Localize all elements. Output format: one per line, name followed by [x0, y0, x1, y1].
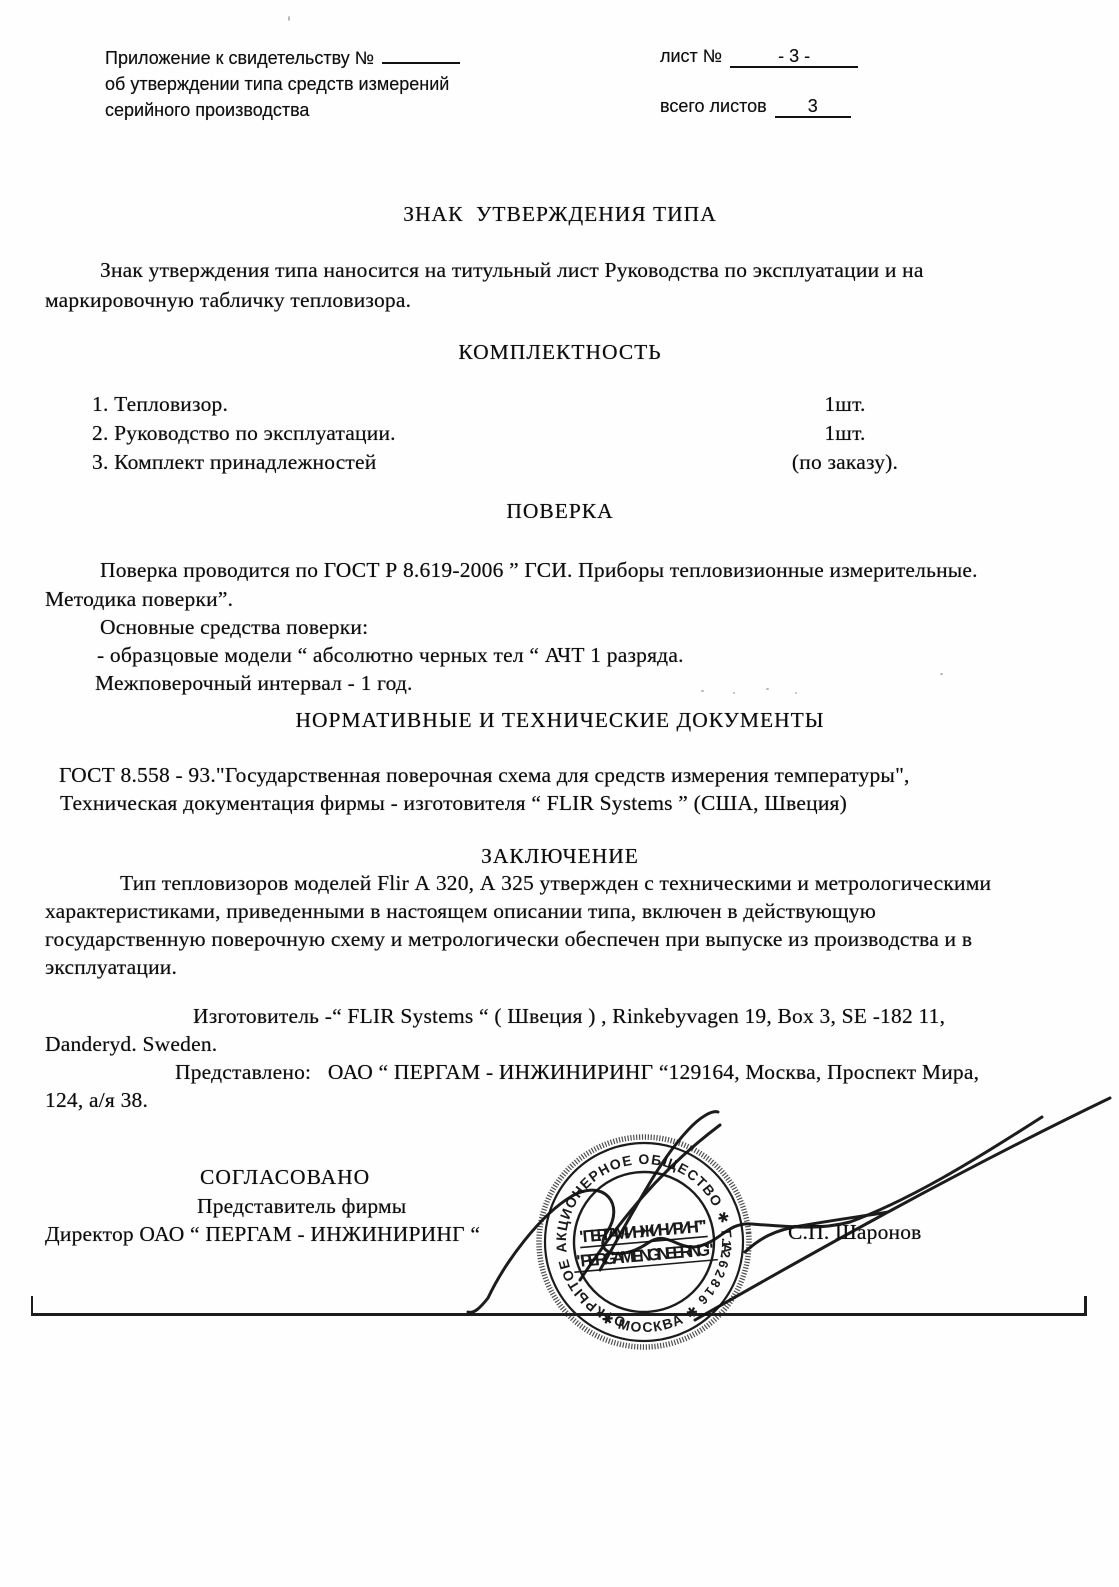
scan-speck	[733, 692, 735, 694]
sheet-number-row: лист №- 3 -	[660, 46, 858, 68]
paragraph-line: Тип тепловизоров моделей Flir А 320, А 3…	[45, 869, 1075, 897]
director-label: Директор ОАО “ ПЕРГАМ - ИНЖИНИРИНГ “	[45, 1220, 585, 1248]
paragraph-line: Знак утверждения типа наносится на титул…	[45, 256, 1075, 286]
section-title-completeness: КОМПЛЕКТНОСТЬ	[45, 338, 1075, 366]
scan-speck	[795, 692, 797, 694]
sheet-number-blank: - 3 -	[730, 46, 858, 68]
representative-label: Представитель фирмы	[45, 1192, 585, 1220]
section-title-documents: НОРМАТИВНЫЕ И ТЕХНИЧЕСКИЕ ДОКУМЕНТЫ	[45, 706, 1075, 734]
documents-paragraph: ГОСТ 8.558 - 93."Государственная повероч…	[45, 761, 1075, 817]
paragraph-line: Основные средства поверки:	[45, 613, 1075, 641]
approval-block: СОГЛАСОВАНО Представитель фирмы Директор…	[45, 1163, 585, 1248]
completeness-list: 1. Тепловизор. 1шт. 2. Руководство по эк…	[45, 392, 1075, 479]
paragraph-line: Техническая документация фирмы - изготов…	[45, 789, 1075, 817]
paragraph-line: Danderyd. Sweden.	[45, 1030, 1075, 1058]
paragraph-line: Представлено: ОАО “ ПЕРГАМ - ИНЖИНИРИНГ …	[45, 1058, 1075, 1086]
paragraph-line: Изготовитель -“ FLIR Systems “ ( Швеция …	[45, 1002, 1075, 1030]
list-item-qty: (по заказу).	[790, 450, 900, 475]
stamp-center-line-2: "PERGAM-ENGINEERING"	[576, 1240, 715, 1271]
document-page: Приложение к свидетельству № об утвержде…	[0, 0, 1119, 1587]
list-item: 3. Комплект принадлежностей (по заказу).	[45, 450, 1075, 479]
manufacturer-paragraph: Изготовитель -“ FLIR Systems “ ( Швеция …	[45, 1002, 1075, 1114]
paragraph-line: характеристиками, приведенными в настоящ…	[45, 897, 1075, 925]
stamp-center-line-1: "ПЕРГАМ-ИНЖИНИРИНГ"	[579, 1216, 708, 1246]
scan-speck	[766, 688, 769, 690]
scan-speck	[701, 690, 704, 692]
list-item: 1. Тепловизор. 1шт.	[45, 392, 1075, 421]
verification-paragraph: Поверка проводится по ГОСТ Р 8.619-2006 …	[45, 556, 1075, 697]
agreed-label: СОГЛАСОВАНО	[45, 1163, 585, 1192]
section-title-type-mark: ЗНАК УТВЕРЖДЕНИЯ ТИПА	[45, 200, 1075, 228]
paragraph-line: - образцовые модели “ абсолютно черных т…	[45, 641, 1075, 669]
list-item-name: 3. Комплект принадлежностей	[45, 450, 376, 474]
list-item: 2. Руководство по эксплуатации. 1шт.	[45, 421, 1075, 450]
paragraph-line: государственную поверочную схему и метро…	[45, 925, 1075, 953]
list-item-name: 2. Руководство по эксплуатации.	[45, 421, 396, 445]
type-mark-paragraph: Знак утверждения типа наносится на титул…	[45, 256, 1075, 314]
sheet-number-value: - 3 -	[778, 46, 810, 66]
paragraph-line: Поверка проводится по ГОСТ Р 8.619-2006 …	[45, 556, 1075, 585]
section-title-conclusion: ЗАКЛЮЧЕНИЕ	[45, 842, 1075, 870]
scan-speck	[940, 673, 943, 675]
paragraph-line: 124, а/я 38.	[45, 1086, 1075, 1114]
paragraph-line: Методика поверки”.	[45, 585, 1075, 613]
paragraph-line: Межповерочный интервал - 1 год.	[45, 669, 1075, 697]
signature-stroke	[600, 1112, 718, 1270]
total-sheets-label: всего листов	[660, 96, 767, 116]
certificate-number-blank	[382, 62, 460, 64]
sheet-label: лист №	[660, 46, 722, 66]
scan-speck	[288, 16, 290, 21]
stamp-center-underline-1	[580, 1236, 708, 1247]
paragraph-line: маркировочную табличку тепловизора.	[45, 286, 1075, 314]
signer-name: С.П. Шаронов	[788, 1220, 922, 1245]
bottom-rule	[31, 1296, 1087, 1316]
header-left-line-1: Приложение к свидетельству №	[105, 45, 575, 71]
total-sheets-value: 3	[808, 96, 818, 116]
paragraph-line: эксплуатации.	[45, 953, 1075, 981]
paragraph-line: ГОСТ 8.558 - 93."Государственная повероч…	[45, 761, 1075, 789]
total-sheets-blank: 3	[775, 96, 851, 118]
list-item-name: 1. Тепловизор.	[45, 392, 228, 416]
list-item-qty: 1шт.	[790, 392, 900, 417]
appendix-label: Приложение к свидетельству №	[105, 48, 374, 68]
section-title-verification: ПОВЕРКА	[45, 497, 1075, 525]
total-sheets-row: всего листов3	[660, 96, 851, 118]
header-left-line-2: об утверждении типа средств измерений	[105, 71, 575, 97]
conclusion-paragraph: Тип тепловизоров моделей Flir А 320, А 3…	[45, 869, 1075, 981]
signature-stroke	[695, 1098, 1110, 1320]
header-left-line-3: серийного производства	[105, 97, 575, 123]
header-left-block: Приложение к свидетельству № об утвержде…	[105, 45, 575, 123]
list-item-qty: 1шт.	[790, 421, 900, 446]
stamp-center-underline-2	[574, 1260, 717, 1273]
signature-stroke	[580, 1125, 720, 1280]
